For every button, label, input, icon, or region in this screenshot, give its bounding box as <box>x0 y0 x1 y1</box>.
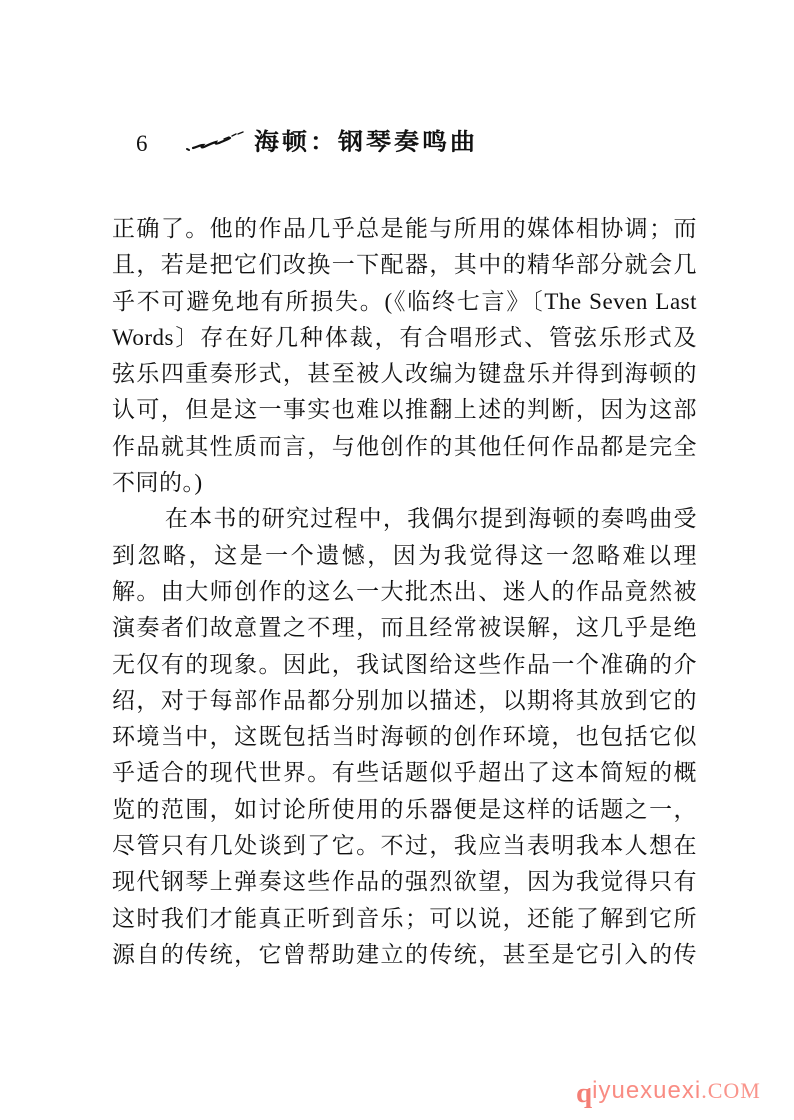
text-line: 源自的传统，它曾帮助建立的传统，甚至是它引入的传 <box>112 937 697 973</box>
text-line: 弦乐四重奏形式，甚至被人改编为键盘乐并得到海顿的 <box>112 356 697 392</box>
site-watermark: qiyuexuexi.COM <box>576 1077 761 1105</box>
text-line: 现代钢琴上弹奏这些作品的强烈欲望，因为我觉得只有 <box>112 864 697 900</box>
text-line: 到忽略，这是一个遗憾，因为我觉得这一忽略难以理 <box>112 538 697 574</box>
text-line: 作品就其性质而言，与他创作的其他任何作品都是完全 <box>112 429 697 465</box>
text-line: 这时我们才能真正听到音乐；可以说，还能了解到它所 <box>112 901 697 937</box>
text-line: 乎适合的现代世界。有些话题似乎超出了这本简短的概 <box>112 755 697 791</box>
text-line: 尽管只有几处谈到了它。不过，我应当表明我本人想在 <box>112 828 697 864</box>
watermark-prefix: q <box>576 1077 592 1109</box>
text-line: 不同的。) <box>112 465 697 501</box>
text-line: 乎不可避免地有所损失。(《临终七言》〔The Seven Last <box>112 284 697 320</box>
text-line: Words〕存在好几种体裁，有合唱形式、管弦乐形式及 <box>112 320 697 356</box>
text-line: 在本书的研究过程中，我偶尔提到海顿的奏鸣曲受 <box>112 501 697 537</box>
running-head: 6 海顿：钢琴奏鸣曲 <box>112 128 697 162</box>
text-line: 正确了。他的作品几乎总是能与所用的媒体相协调；而 <box>112 211 697 247</box>
text-line: 解。由大师创作的这么一大批杰出、迷人的作品竟然被 <box>112 574 697 610</box>
running-head-title: 海顿：钢琴奏鸣曲 <box>254 130 478 155</box>
text-line: 绍，对于每部作品都分别加以描述，以期将其放到它的 <box>112 683 697 719</box>
body-text: 正确了。他的作品几乎总是能与所用的媒体相协调；而 且，若是把它们改换一下配器，其… <box>112 211 697 973</box>
watermark-suffix: .COM <box>701 1078 761 1103</box>
page-number: 6 <box>136 132 149 155</box>
text-line: 览的范围，如讨论所使用的乐器便是这样的话题之一， <box>112 792 697 828</box>
scribble-flourish-icon <box>184 130 246 154</box>
watermark-middle: iyuexuexi <box>592 1077 701 1104</box>
book-page: 6 海顿：钢琴奏鸣曲 正确了。他的作品几乎总是能与所用的媒体相协调；而 且，若是… <box>0 0 794 1120</box>
text-line: 无仅有的现象。因此，我试图给这些作品一个准确的介 <box>112 647 697 683</box>
text-line: 环境当中，这既包括当时海顿的创作环境，也包括它似 <box>112 719 697 755</box>
text-line: 认可，但是这一事实也难以推翻上述的判断，因为这部 <box>112 392 697 428</box>
text-line: 演奏者们故意置之不理，而且经常被误解，这几乎是绝 <box>112 610 697 646</box>
text-line: 且，若是把它们改换一下配器，其中的精华部分就会几 <box>112 247 697 283</box>
